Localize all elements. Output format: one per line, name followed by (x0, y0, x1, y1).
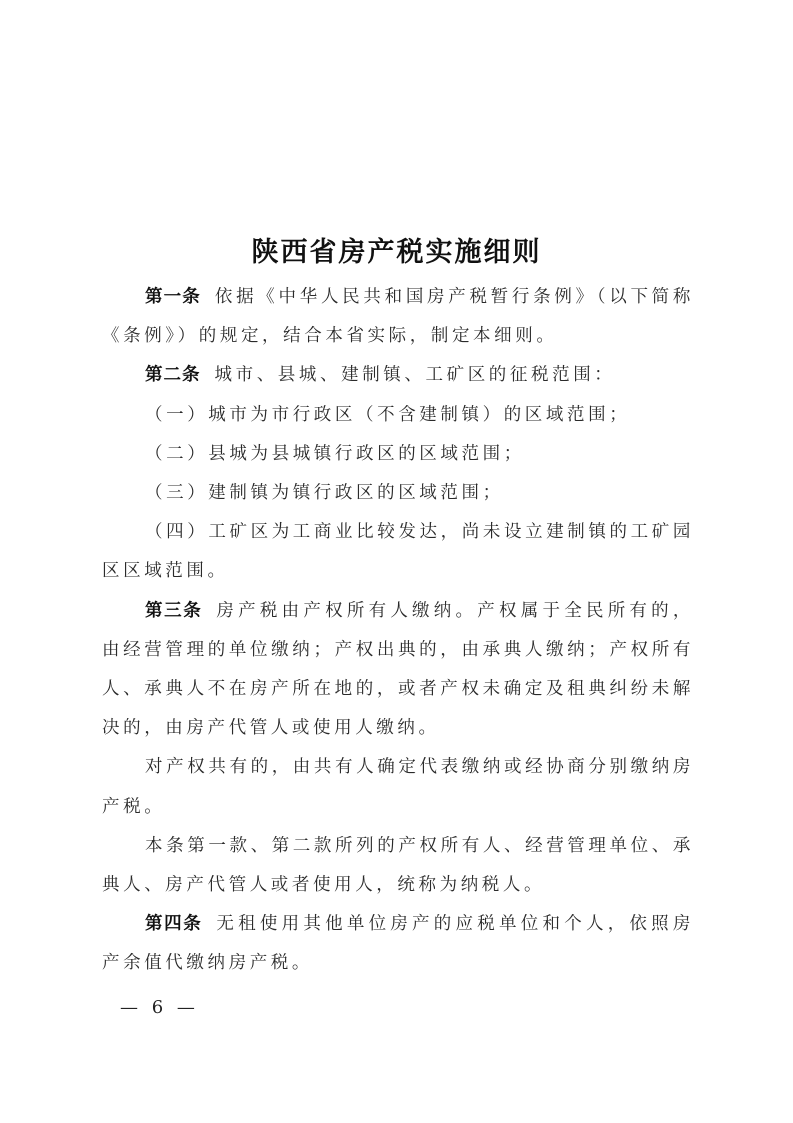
paragraph-text: （三）建制镇为镇行政区的区域范围； (145, 483, 504, 503)
article-label: 第三条 (145, 601, 202, 621)
page-number: — 6 — (120, 997, 199, 1018)
paragraph-text: 房产税由产权所有人缴纳。产权属于全民所有的，由经营管理的单位缴纳；产权出典的，由… (102, 601, 694, 739)
paragraph-text: 城市、县城、建制镇、工矿区的征税范围： (215, 365, 616, 385)
paragraph-article-3-clause-2: 对产权共有的，由共有人确定代表缴纳或经协商分别缴纳房产税。 (102, 748, 694, 826)
document-body: 第一条依据《中华人民共和国房产税暂行条例》（以下简称《条例》）的规定，结合本省实… (102, 278, 694, 984)
paragraph-item-1: （一）城市为市行政区（不含建制镇）的区域范围； (102, 396, 694, 435)
paragraph-article-3-clause-3: 本条第一款、第二款所列的产权所有人、经营管理单位、承典人、房产代管人或者使用人，… (102, 827, 694, 905)
paragraph-article-1: 第一条依据《中华人民共和国房产税暂行条例》（以下简称《条例》）的规定，结合本省实… (102, 278, 694, 356)
paragraph-text: 本条第一款、第二款所列的产权所有人、经营管理单位、承典人、房产代管人或者使用人，… (102, 836, 694, 895)
paragraph-item-4: （四）工矿区为工商业比较发达，尚未设立建制镇的工矿园区区域范围。 (102, 513, 694, 591)
article-label: 第一条 (145, 287, 201, 307)
paragraph-article-2: 第二条城市、县城、建制镇、工矿区的征税范围： (102, 356, 694, 395)
paragraph-item-2: （二）县城为县城镇行政区的区域范围； (102, 435, 694, 474)
document-title: 陕西省房产税实施细则 (0, 230, 793, 269)
paragraph-article-4: 第四条无租使用其他单位房产的应税单位和个人，依照房产余值代缴纳房产税。 (102, 905, 694, 983)
paragraph-item-3: （三）建制镇为镇行政区的区域范围； (102, 474, 694, 513)
article-label: 第四条 (145, 914, 202, 934)
paragraph-text: （二）县城为县城镇行政区的区域范围； (145, 444, 525, 464)
article-label: 第二条 (145, 365, 201, 385)
paragraph-text: （四）工矿区为工商业比较发达，尚未设立建制镇的工矿园区区域范围。 (102, 522, 694, 581)
paragraph-article-3: 第三条房产税由产权所有人缴纳。产权属于全民所有的，由经营管理的单位缴纳；产权出典… (102, 592, 694, 749)
paragraph-text: 对产权共有的，由共有人确定代表缴纳或经协商分别缴纳房产税。 (102, 757, 694, 816)
paragraph-text: （一）城市为市行政区（不含建制镇）的区域范围； (145, 405, 630, 425)
